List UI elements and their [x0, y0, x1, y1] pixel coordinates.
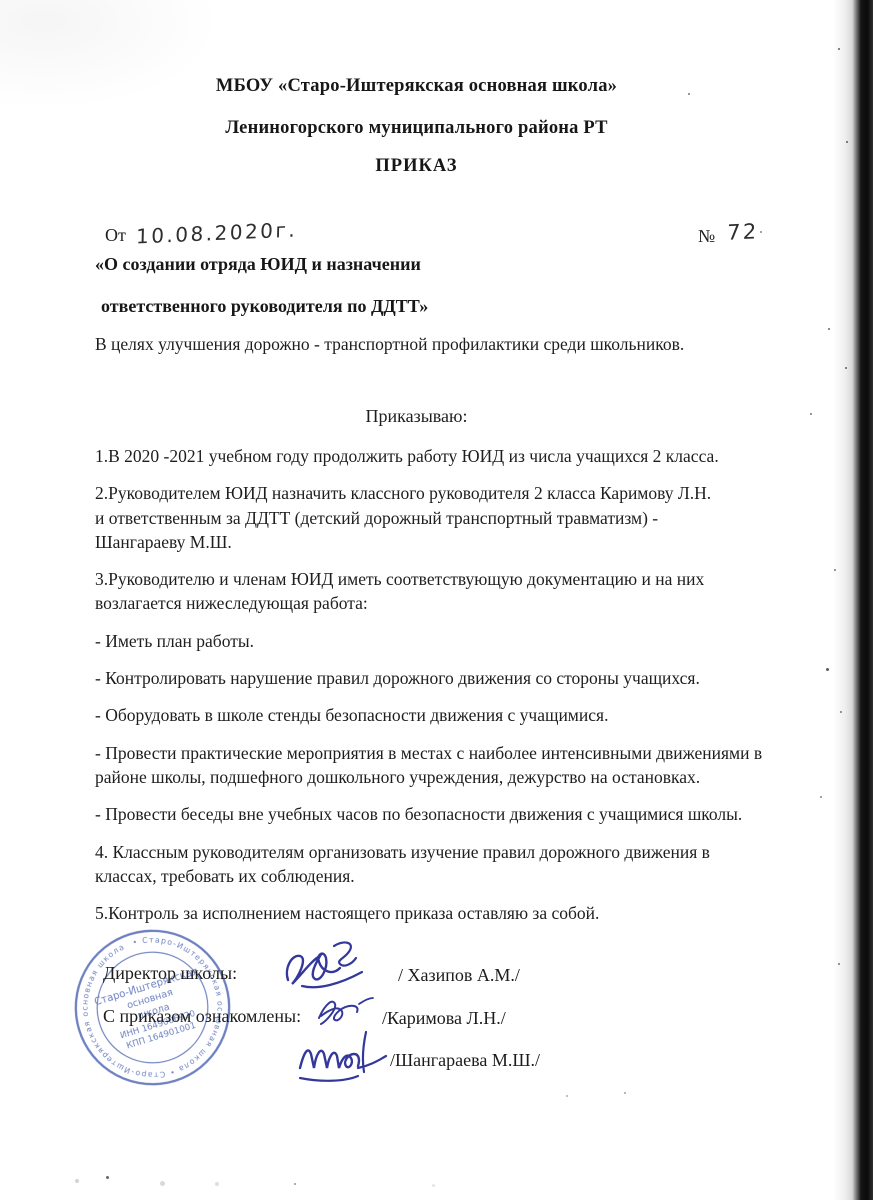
order-item-line: - Провести практические мероприятия в ме…: [95, 743, 762, 763]
scan-noise-dot: [294, 1183, 296, 1185]
order-bullet-3: - Оборудовать в школе стенды безопасност…: [95, 703, 837, 727]
order-item-4: 4. Классным руководителям организовать и…: [95, 840, 837, 889]
order-item-line: Шангараеву М.Ш.: [95, 532, 232, 552]
order-item-line: - Провести беседы вне учебных часов по б…: [95, 804, 742, 824]
order-item-1: 1.В 2020 -2021 учебном году продолжить р…: [95, 444, 837, 468]
subject-line-1: «О создании отряда ЮИД и назначении: [95, 254, 421, 275]
doc-type-title: ПРИКАЗ: [0, 156, 833, 177]
scan-noise-dot: [106, 1176, 109, 1179]
order-bullet-1: - Иметь план работы.: [95, 629, 837, 653]
ack-name-2: /Шангараева М.Ш./: [390, 1050, 540, 1071]
school-name: МБОУ «Старо-Иштерякская основная школа»: [0, 76, 833, 97]
order-item-2: 2.Руководителем ЮИД назначить классного …: [95, 481, 837, 554]
order-item-line: районе школы, подшефного дошкольного учр…: [95, 767, 700, 787]
scan-edge: [833, 0, 873, 1200]
order-bullet-4: - Провести практические мероприятия в ме…: [95, 741, 837, 790]
director-signature: [282, 934, 367, 996]
ack-label: С приказом ознакомлены:: [103, 1006, 301, 1027]
order-bullet-5: - Провести беседы вне учебных часов по б…: [95, 802, 837, 826]
number-label: №: [698, 226, 715, 247]
meta-row: От 10.08.2020г. № 72: [0, 221, 873, 255]
scan-noise-dot: [215, 1182, 219, 1186]
scan-noise-dot: [432, 1184, 435, 1187]
subject-line-2: ответственного руководителя по ДДТТ»: [101, 296, 428, 317]
order-word: Приказываю:: [0, 406, 833, 427]
scan-noise-dot: [75, 1179, 79, 1183]
scanned-order-document: МБОУ «Старо-Иштерякская основная школа» …: [0, 0, 873, 1200]
order-item-line: возлагается нижеследующая работа:: [95, 593, 368, 613]
purpose-text: В целях улучшения дорожно - транспортной…: [95, 334, 684, 355]
order-body: 1.В 2020 -2021 учебном году продолжить р…: [95, 444, 837, 938]
order-item-line: 2.Руководителем ЮИД назначить классного …: [95, 483, 711, 503]
order-item-line: 4. Классным руководителям организовать и…: [95, 842, 710, 862]
director-label: Директор школы:: [103, 963, 237, 984]
district-name: Лениногорского муниципального района РТ: [0, 118, 833, 139]
date-handwritten: 10.08.2020г.: [136, 217, 298, 248]
scan-noise-dot: [624, 1092, 626, 1094]
order-item-line: классах, требовать их соблюдения.: [95, 866, 355, 886]
order-item-line: - Оборудовать в школе стенды безопасност…: [95, 705, 608, 725]
order-item-line: и ответственным за ДДТТ (детский дорожны…: [95, 508, 658, 528]
order-item-line: - Контролировать нарушение правил дорожн…: [95, 668, 700, 688]
order-item-line: 1.В 2020 -2021 учебном году продолжить р…: [95, 446, 719, 466]
director-name: / Хазипов А.М./: [398, 965, 520, 986]
ack-signature-2: [296, 1026, 391, 1086]
order-item-line: - Иметь план работы.: [95, 631, 254, 651]
order-bullet-2: - Контролировать нарушение правил дорожн…: [95, 666, 837, 690]
order-item-3: 3.Руководителю и членам ЮИД иметь соотве…: [95, 567, 837, 616]
scan-noise-dot: [160, 1181, 165, 1186]
number-handwritten: 72: [727, 219, 759, 244]
scan-noise-dot: [828, 328, 830, 330]
scan-noise-dot: [566, 1095, 568, 1097]
date-label: От: [105, 225, 126, 246]
order-item-line: 3.Руководителю и членам ЮИД иметь соотве…: [95, 569, 704, 589]
ack-name-1: /Каримова Л.Н./: [382, 1008, 506, 1029]
